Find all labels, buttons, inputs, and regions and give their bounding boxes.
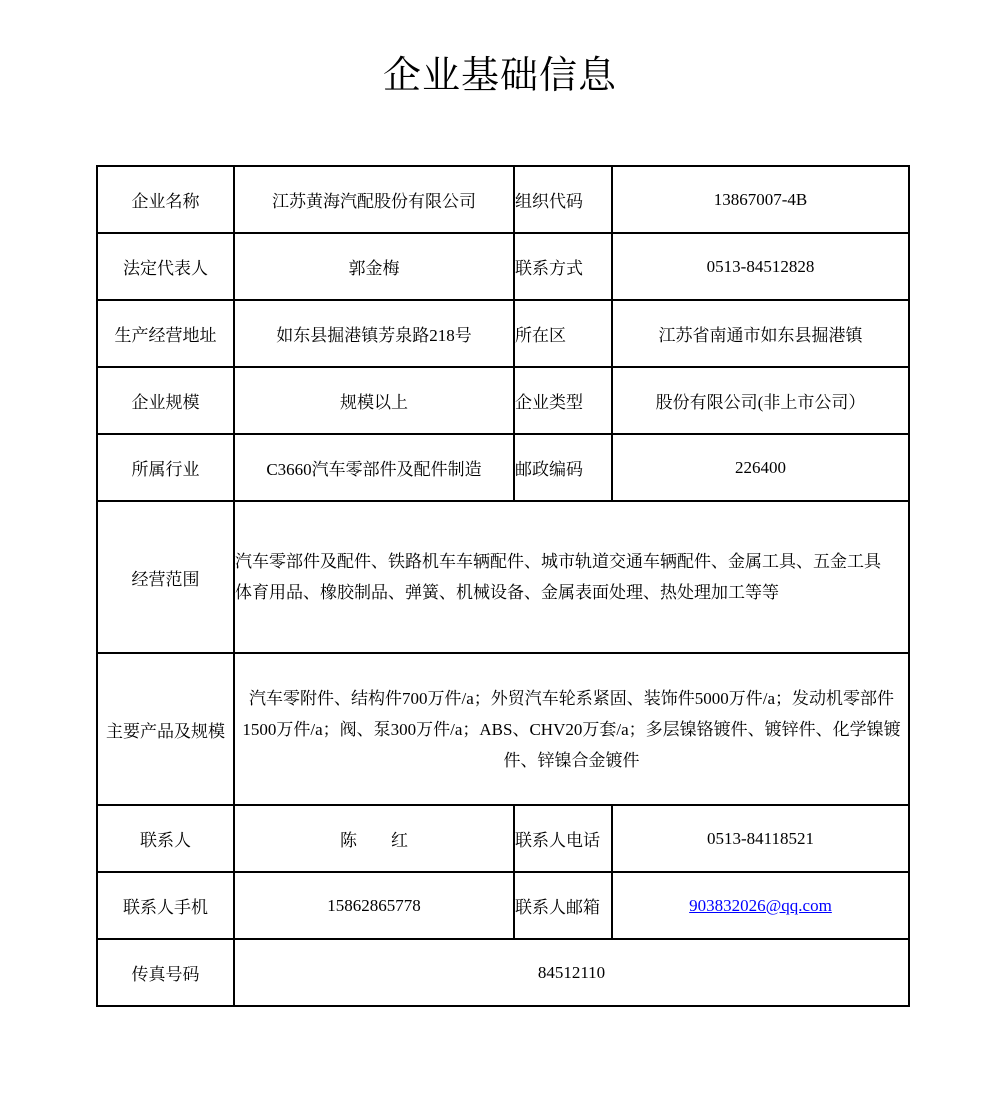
field-value-org-code: 13867007-4B (612, 166, 909, 233)
field-value-company-type: 股份有限公司(非上市公司） (612, 367, 909, 434)
field-value-contact-phone: 0513-84118521 (612, 805, 909, 872)
field-label-contact-email: 联系人邮箱 (514, 872, 612, 939)
field-label-industry: 所属行业 (97, 434, 234, 501)
field-label-business-scope: 经营范围 (97, 501, 234, 653)
table-row-business-scope: 经营范围 汽车零部件及配件、铁路机车车辆配件、城市轨道交通车辆配件、金属工具、五… (97, 501, 909, 653)
field-value-address: 如东县掘港镇芳泉路218号 (234, 300, 514, 367)
field-label-company-type: 企业类型 (514, 367, 612, 434)
field-value-district: 江苏省南通市如东县掘港镇 (612, 300, 909, 367)
table-row-scale: 企业规模 规模以上 企业类型 股份有限公司(非上市公司） (97, 367, 909, 434)
field-label-postal-code: 邮政编码 (514, 434, 612, 501)
field-label-contact-method: 联系方式 (514, 233, 612, 300)
field-label-org-code: 组织代码 (514, 166, 612, 233)
field-label-main-products: 主要产品及规模 (97, 653, 234, 805)
field-value-contact-email: 903832026@qq.com (612, 872, 909, 939)
field-label-company-name: 企业名称 (97, 166, 234, 233)
table-row-main-products: 主要产品及规模 汽车零附件、结构件700万件/a；外贸汽车轮系紧固、装饰件500… (97, 653, 909, 805)
page-title: 企业基础信息 (0, 44, 1000, 99)
field-value-fax: 84512110 (234, 939, 909, 1006)
contact-email-link[interactable]: 903832026@qq.com (689, 896, 832, 915)
field-value-legal-rep: 郭金梅 (234, 233, 514, 300)
table-row-company-name: 企业名称 江苏黄海汽配股份有限公司 组织代码 13867007-4B (97, 166, 909, 233)
field-label-legal-rep: 法定代表人 (97, 233, 234, 300)
field-value-contact-person: 陈 红 (234, 805, 514, 872)
table-row-fax: 传真号码 84512110 (97, 939, 909, 1006)
table-row-contact-mobile: 联系人手机 15862865778 联系人邮箱 903832026@qq.com (97, 872, 909, 939)
field-value-business-scope: 汽车零部件及配件、铁路机车车辆配件、城市轨道交通车辆配件、金属工具、五金工具 体… (234, 501, 909, 653)
field-label-district: 所在区 (514, 300, 612, 367)
field-label-fax: 传真号码 (97, 939, 234, 1006)
table-row-contact-person: 联系人 陈 红 联系人电话 0513-84118521 (97, 805, 909, 872)
table-row-address: 生产经营地址 如东县掘港镇芳泉路218号 所在区 江苏省南通市如东县掘港镇 (97, 300, 909, 367)
field-label-contact-mobile: 联系人手机 (97, 872, 234, 939)
field-value-contact-method: 0513-84512828 (612, 233, 909, 300)
field-value-company-name: 江苏黄海汽配股份有限公司 (234, 166, 514, 233)
field-label-contact-person: 联系人 (97, 805, 234, 872)
field-value-contact-mobile: 15862865778 (234, 872, 514, 939)
business-scope-line-2: 体育用品、橡胶制品、弹簧、机械设备、金属表面处理、热处理加工等等 (235, 577, 908, 608)
field-value-main-products: 汽车零附件、结构件700万件/a；外贸汽车轮系紧固、装饰件5000万件/a；发动… (234, 653, 909, 805)
table-row-industry: 所属行业 C3660汽车零部件及配件制造 邮政编码 226400 (97, 434, 909, 501)
field-label-address: 生产经营地址 (97, 300, 234, 367)
table-row-legal-rep: 法定代表人 郭金梅 联系方式 0513-84512828 (97, 233, 909, 300)
business-scope-line-1: 汽车零部件及配件、铁路机车车辆配件、城市轨道交通车辆配件、金属工具、五金工具 (235, 546, 908, 577)
field-label-scale: 企业规模 (97, 367, 234, 434)
company-info-table: 企业名称 江苏黄海汽配股份有限公司 组织代码 13867007-4B 法定代表人… (96, 165, 910, 1007)
field-label-contact-phone: 联系人电话 (514, 805, 612, 872)
field-value-industry: C3660汽车零部件及配件制造 (234, 434, 514, 501)
field-value-scale: 规模以上 (234, 367, 514, 434)
field-value-postal-code: 226400 (612, 434, 909, 501)
